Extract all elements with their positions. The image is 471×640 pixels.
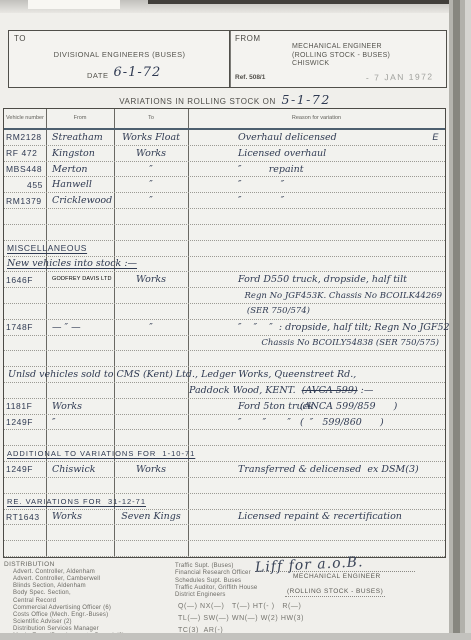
cell: Works	[114, 464, 188, 475]
distribution-item: Advert. Controller, Camberwell	[13, 576, 124, 583]
table-row: New vehicles into stock :—	[4, 257, 445, 273]
cell: ″	[114, 164, 188, 175]
table-row	[4, 351, 445, 367]
table-row: RT1643WorksSeven KingsLicensed repaint &…	[4, 510, 445, 526]
table-row: 1249FChiswickWorksTransferred & delicens…	[4, 462, 445, 478]
signature-role-2: (ROLLING STOCK - BUSES)	[285, 588, 385, 597]
table-row: RE. VARIATIONS FOR 31-12-71	[4, 494, 445, 510]
cell: Ford D550 truck, dropside, half tilt	[188, 274, 445, 285]
scan-artifact-white-box	[28, 0, 120, 9]
cell: Merton	[46, 164, 114, 175]
garage-code-line: Q(—) NX(—) T(—) HT(- ) R(—)	[178, 601, 304, 613]
cell: ″	[114, 195, 188, 206]
cell: Licensed repaint & recertification	[188, 511, 445, 522]
cell: RM2128	[4, 132, 46, 142]
signature-role-1: MECHANICAL ENGINEER	[293, 573, 425, 580]
scan-artifact-right-edge-2	[453, 0, 460, 640]
variations-table: Vehicle number From To Reason for variat…	[3, 108, 446, 558]
table-row: MISCELLANEOUS	[4, 241, 445, 257]
table-row: Unlsd vehicles sold to CMS (Kent) Ltd., …	[4, 367, 445, 383]
cell: Overhaul delicensedE	[188, 132, 445, 143]
distribution-item: Financial Research Officer	[175, 570, 257, 577]
to-label: TO	[14, 34, 26, 43]
scan-artifact-right-edge-4	[465, 0, 471, 640]
from-line-1: MECHANICAL ENGINEER	[292, 43, 390, 52]
form-title: VARIATIONS IN ROLLING STOCK ON 5-1-72	[0, 92, 450, 107]
cell: — ″ —	[46, 322, 114, 333]
cell: Works	[114, 148, 188, 159]
cell: 1249F	[4, 417, 46, 427]
column-header-from: From	[46, 109, 114, 128]
table-row: RF 472KingstonWorksLicensed overhaul	[4, 146, 445, 162]
column-header-to: To	[114, 109, 188, 128]
table-row: Regn No JGF453K. Chassis No BCOILK44269	[4, 288, 445, 304]
from-box: FROM MECHANICAL ENGINEER (ROLLING STOCK …	[229, 30, 447, 88]
to-value: DIVISIONAL ENGINEERS (BUSES)	[9, 50, 230, 59]
cell: ″	[114, 179, 188, 190]
cell: Regn No JGF453K. Chassis No BCOILK44269	[4, 291, 445, 301]
cell: ″	[114, 322, 188, 333]
scan-artifact-dark-line	[148, 0, 471, 4]
cell: RM1379	[4, 196, 46, 206]
date-value-handwritten: 6-1-72	[113, 65, 161, 80]
cell: ″ ″	[188, 195, 445, 206]
table-row: 1249F″″ ″ ″( ″ 599/860 )	[4, 415, 445, 431]
cell: RT1643	[4, 512, 46, 522]
cell: Cricklewood	[46, 195, 114, 206]
cell: (SER 750/574)	[4, 306, 445, 316]
cell: MISCELLANEOUS	[4, 243, 87, 253]
garage-code-line: TL(—) SW(—) WN(—) W(2) HW(3)	[178, 613, 304, 625]
cell: Works	[114, 274, 188, 285]
distribution-item: District Engineers	[175, 592, 257, 599]
column-header-vehicle-number: Vehicle number	[4, 109, 46, 128]
form-title-date-handwritten: 5-1-72	[282, 92, 331, 107]
cell: Works	[46, 511, 114, 522]
cell: Chiswick	[46, 464, 114, 475]
distribution-item: Schedules Supt. Buses	[175, 578, 257, 585]
table-body: RM2128StreathamWorks FloatOverhaul delic…	[4, 130, 445, 557]
cell: Unlsd vehicles sold to CMS (Kent) Ltd., …	[4, 369, 445, 380]
table-row	[4, 430, 445, 446]
table-row: (SER 750/574)	[4, 304, 445, 320]
distribution-item: Costs Office (Mech. Engr.-Buses)	[13, 612, 124, 619]
date-row: DATE6-1-72	[87, 67, 161, 82]
registration-note: (ANCA 599/859 )	[300, 401, 397, 412]
reference-number: Ref. 508/1	[235, 74, 265, 81]
distribution-item: Body Spec. Section,	[13, 590, 124, 597]
cell: RE. VARIATIONS FOR 31-12-71	[4, 497, 146, 506]
cell: 1181F	[4, 401, 46, 411]
form-title-printed: VARIATIONS IN ROLLING STOCK ON	[119, 97, 276, 106]
distribution-item: Advert. Controller, Aldenham	[13, 569, 124, 576]
cell: ″ ″ ″( ″ 599/860 )	[188, 417, 445, 428]
from-address: MECHANICAL ENGINEER (ROLLING STOCK - BUS…	[292, 43, 390, 69]
cell: ″ ″ ″ : dropside, half tilt; Regn No JGF…	[188, 322, 463, 333]
distribution-item: Scientific Adviser (2)	[13, 619, 124, 626]
table-row: RM2128StreathamWorks FloatOverhaul delic…	[4, 130, 445, 146]
table-row: 455Hanwell″″ ″	[4, 177, 445, 193]
garage-codes: Q(—) NX(—) T(—) HT(- ) R(—)TL(—) SW(—) W…	[178, 601, 304, 637]
cell: 455	[4, 180, 46, 190]
cell: Kingston	[46, 148, 114, 159]
table-row: Paddock Wood, KENT. (AVCA 599) :—	[4, 383, 445, 399]
distribution-item: Commercial Advertising Officer (6)	[13, 605, 124, 612]
cell: ″ ″	[188, 179, 445, 190]
cell: Hanwell	[46, 179, 114, 190]
table-row: 1748F— ″ —″″ ″ ″ : dropside, half tilt; …	[4, 320, 445, 336]
table-row	[4, 225, 445, 241]
cell: ADDITIONAL TO VARIATIONS FOR 1-10-71	[4, 449, 195, 458]
table-row: 1646FGODFREY DAVIS LTDWorksFord D550 tru…	[4, 272, 445, 288]
to-box: TO DIVISIONAL ENGINEERS (BUSES) DATE6-1-…	[8, 30, 231, 88]
distribution-item: Traffic Supt. (Buses)	[175, 563, 257, 570]
table-row	[4, 209, 445, 225]
table-row: MBS448Merton″″ repaint	[4, 162, 445, 178]
table-header-row: Vehicle number From To Reason for variat…	[4, 109, 445, 130]
date-label: DATE	[87, 71, 108, 80]
cell: Works	[46, 401, 114, 412]
cell: MBS448	[4, 164, 46, 174]
cell: New vehicles into stock :—	[4, 258, 137, 269]
cell: 1646F	[4, 275, 46, 285]
distribution-list-left: Advert. Controller, AldenhamAdvert. Cont…	[13, 569, 124, 640]
scan-artifact-bottom-strip	[0, 633, 471, 640]
margin-note: E	[432, 132, 439, 142]
distribution-title: DISTRIBUTION	[4, 561, 55, 568]
cell: Works Float	[114, 132, 188, 143]
cell: Chassis No BCOILY54838 (SER 750/575)	[4, 338, 445, 348]
table-row: 1181FWorksFord 5ton truck(ANCA 599/859 )	[4, 399, 445, 415]
signature-block: Liff for a.o.B. MECHANICAL ENGINEER (ROL…	[255, 556, 425, 598]
cell: Streatham	[46, 132, 114, 143]
cell: RF 472	[4, 148, 46, 158]
date-received-stamp: - 7 JAN 1972	[366, 71, 434, 82]
from-line-3: CHISWICK	[292, 60, 390, 69]
table-row: RM1379Cricklewood″″ ″	[4, 193, 445, 209]
table-row	[4, 541, 445, 557]
cell: Ford 5ton truck(ANCA 599/859 )	[188, 401, 445, 412]
scanned-form-page: TO DIVISIONAL ENGINEERS (BUSES) DATE6-1-…	[0, 0, 471, 640]
cell: Seven Kings	[114, 511, 188, 522]
distribution-list-right: Traffic Supt. (Buses)Financial Research …	[175, 563, 257, 599]
cell: Transferred & delicensed ex DSM(3)	[188, 464, 445, 475]
registration-note: ( ″ 599/860 )	[300, 417, 384, 428]
cell: GODFREY DAVIS LTD	[46, 277, 114, 283]
table-row	[4, 478, 445, 494]
distribution-item: Central Record	[13, 598, 124, 605]
cell: 1249F	[4, 464, 46, 474]
table-row: Chassis No BCOILY54838 (SER 750/575)	[4, 336, 445, 352]
from-label: FROM	[235, 34, 261, 43]
table-row: ADDITIONAL TO VARIATIONS FOR 1-10-71	[4, 446, 445, 462]
column-header-reason: Reason for variation	[188, 109, 445, 128]
cell: Paddock Wood, KENT. (AVCA 599) :—	[4, 385, 445, 396]
cell: ″ repaint	[188, 164, 445, 175]
distribution-item: Traffic Auditor, Griffith House	[175, 585, 257, 592]
from-line-2: (ROLLING STOCK - BUSES)	[292, 52, 390, 61]
struck-out-text: (AVCA 599)	[302, 385, 358, 396]
table-row	[4, 525, 445, 541]
cell: Licensed overhaul	[188, 148, 445, 159]
cell: 1748F	[4, 322, 46, 332]
cell: ″	[46, 417, 114, 428]
distribution-item: Blinds Section, Aldenham	[13, 583, 124, 590]
